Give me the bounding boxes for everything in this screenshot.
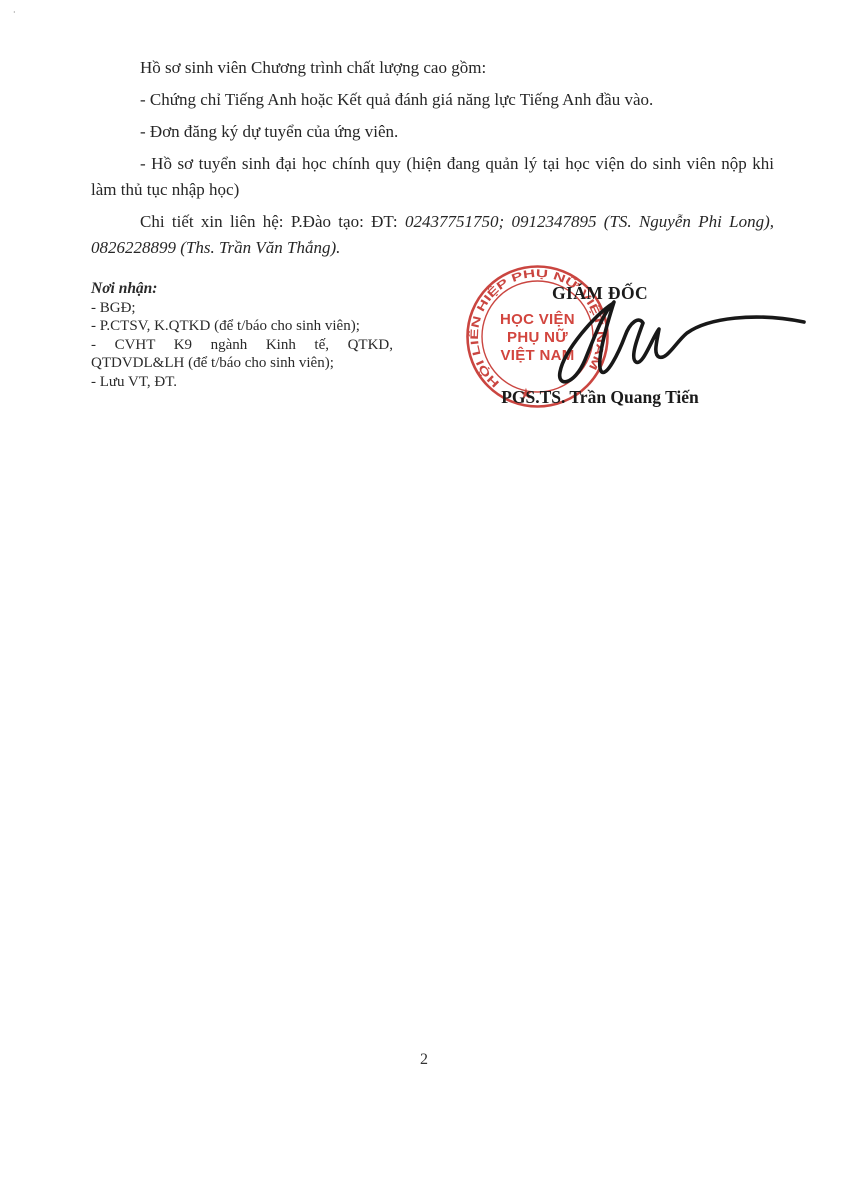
recipient-line: - CVHT K9 ngành Kinh tế, QTKD,	[91, 336, 393, 355]
paragraph-contact: Chi tiết xin liên hệ: P.Đào tạo: ĐT: 024…	[91, 209, 774, 261]
recipient-line: - Lưu VT, ĐT.	[91, 373, 393, 392]
paragraph-bullet-3: - Hồ sơ tuyển sinh đại học chính quy (hi…	[91, 151, 774, 203]
page-number: 2	[0, 1051, 848, 1069]
handwritten-signature	[540, 292, 808, 394]
signature-stroke	[560, 302, 804, 382]
recipient-line: - P.CTSV, K.QTKD (để t/báo cho sinh viên…	[91, 317, 393, 336]
paragraph-bullet-1: - Chứng chỉ Tiếng Anh hoặc Kết quả đánh …	[91, 87, 774, 113]
body-text: Hồ sơ sinh viên Chương trình chất lượng …	[91, 55, 774, 267]
paragraph-bullet-2: - Đơn đăng ký dự tuyển của ứng viên.	[91, 119, 774, 145]
recipients-block: Nơi nhận: - BGĐ; - P.CTSV, K.QTKD (để t/…	[91, 280, 393, 391]
paragraph-intro: Hồ sơ sinh viên Chương trình chất lượng …	[91, 55, 774, 81]
scan-speck: ·	[13, 10, 18, 15]
recipients-heading: Nơi nhận:	[91, 280, 393, 299]
signer-name: PGS.TS. Trần Quang Tiến	[470, 387, 730, 408]
document-page: · Hồ sơ sinh viên Chương trình chất lượn…	[0, 0, 848, 1200]
recipient-line: QTDVDL&LH (để t/báo cho sinh viên);	[91, 354, 393, 373]
recipient-line: - BGĐ;	[91, 299, 393, 318]
contact-regular-text: Chi tiết xin liên hệ: P.Đào tạo: ĐT:	[140, 212, 405, 231]
